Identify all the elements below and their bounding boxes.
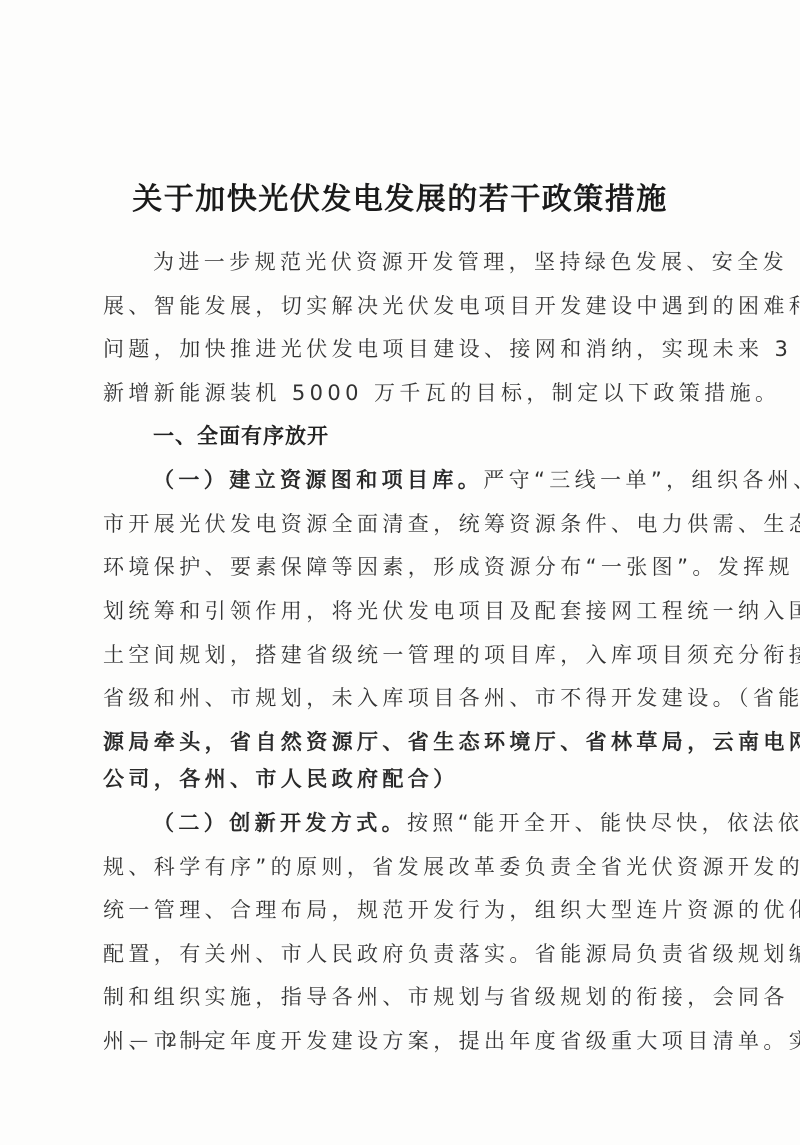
item1-line: 源局牵头，省自然资源厅、省生态环境厅、省林草局，云南电网 xyxy=(103,727,693,757)
item1-line: 公司，各州、市人民政府配合） xyxy=(103,764,693,794)
item2-label: （二）创新开发方式。 xyxy=(153,811,407,835)
item1-first-line: （一）建立资源图和项目库。严守“三线一单”，组织各州、 xyxy=(153,465,693,495)
item2-first-line: （二）创新开发方式。按照“能开全开、能快尽快，依法依 xyxy=(153,808,693,838)
page-number: — 2 — xyxy=(130,1030,219,1051)
intro-line-1: 为进一步规范光伏资源开发管理，坚持绿色发展、安全发 xyxy=(153,247,693,277)
document-title: 关于加快光伏发电发展的若干政策措施 xyxy=(0,180,800,220)
item1-line: 环境保护、要素保障等因素，形成资源分布“一张图”。发挥规 xyxy=(103,552,693,582)
item2-line: 统一管理、合理布局，规范开发行为，组织大型连片资源的优化 xyxy=(103,895,693,925)
item1-line: 土空间规划，搭建省级统一管理的项目库，入库项目须充分衔接 xyxy=(103,640,693,670)
intro-line-3: 问题，加快推进光伏发电项目建设、接网和消纳，实现未来 3 年 xyxy=(103,334,693,364)
item2-line: 规、科学有序”的原则，省发展改革委负责全省光伏资源开发的 xyxy=(103,852,693,882)
item1-first-line-rest: 严守“三线一单”，组织各州、 xyxy=(483,468,800,492)
section-heading: 一、全面有序放开 xyxy=(153,421,329,451)
item2-line: 配置，有关州、市人民政府负责落实。省能源局负责省级规划编 xyxy=(103,939,693,969)
intro-line-2: 展、智能发展，切实解决光伏发电项目开发建设中遇到的困难和 xyxy=(103,291,693,321)
item2-first-line-rest: 按照“能开全开、能快尽快，依法依 xyxy=(407,811,800,835)
item1-line: 划统筹和引领作用，将光伏发电项目及配套接网工程统一纳入国 xyxy=(103,596,693,626)
item2-line: 制和组织实施，指导各州、市规划与省级规划的衔接，会同各 xyxy=(103,982,693,1012)
document-page: 关于加快光伏发电发展的若干政策措施 为进一步规范光伏资源开发管理，坚持绿色发展、… xyxy=(0,0,800,1145)
intro-line-4: 新增新能源装机 5000 万千瓦的目标，制定以下政策措施。 xyxy=(103,378,693,408)
item1-label: （一）建立资源图和项目库。 xyxy=(153,468,483,492)
item1-line: 省级和州、市规划，未入库项目各州、市不得开发建设。（省能 xyxy=(103,683,693,713)
item1-line: 市开展光伏发电资源全面清查，统筹资源条件、电力供需、生态 xyxy=(103,509,693,539)
